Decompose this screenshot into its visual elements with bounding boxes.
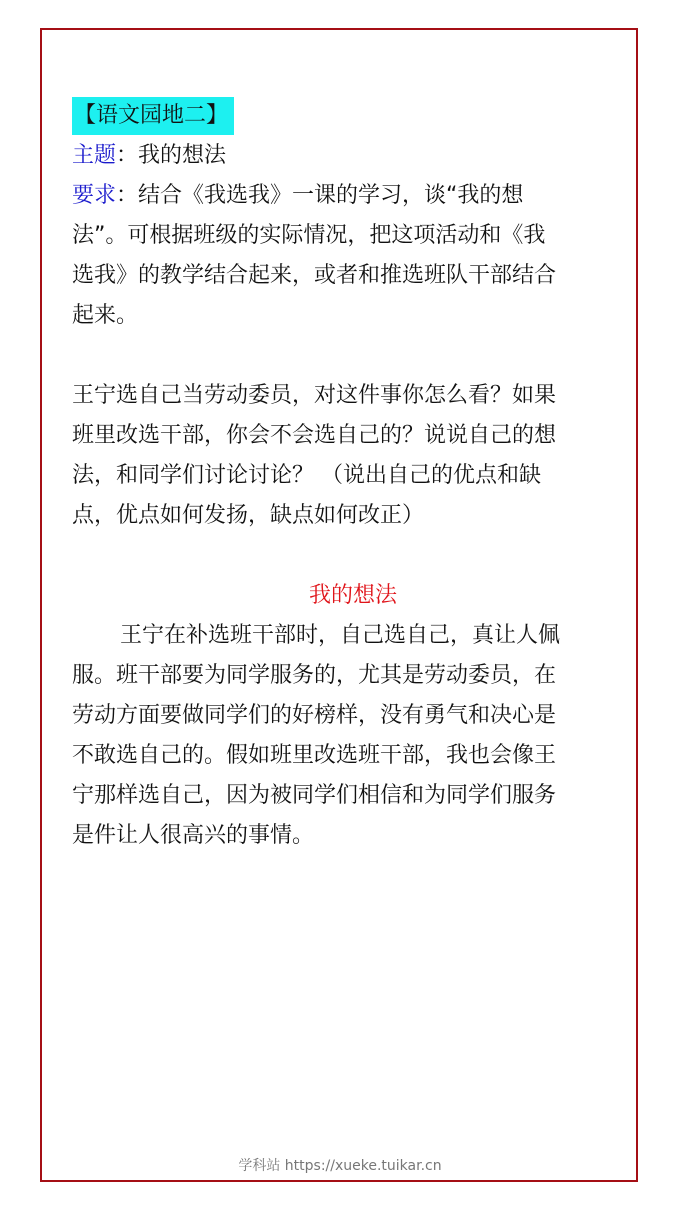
essay-line: 王宁在补选班干部时，自己选自己，真让人佩 — [72, 616, 604, 656]
requirement-line: 选我》的教学结合起来，或者和推选班队干部结合 — [72, 256, 604, 296]
essay-line: 劳动方面要做同学们的好榜样，没有勇气和决心是 — [72, 696, 604, 736]
topic-sep: ： — [116, 143, 138, 168]
topic-value: 我的想法 — [138, 143, 226, 168]
topic-label: 主题 — [72, 143, 116, 168]
requirement-line: 法”。可根据班级的实际情况，把这项活动和《我 — [72, 216, 604, 256]
requirement-line: 结合《我选我》一课的学习，谈“我的想 — [138, 183, 523, 208]
essay-title: 我的想法 — [72, 576, 604, 616]
document-body: 【语文园地二】 主题：我的想法 要求：结合《我选我》一课的学习，谈“我的想 法”… — [72, 96, 604, 856]
section-title: 【语文园地二】 — [72, 97, 234, 135]
essay-line: 服。班干部要为同学服务的，尤其是劳动委员，在 — [72, 656, 604, 696]
requirement-line: 起来。 — [72, 296, 604, 336]
footer-watermark: 学科站 https://xueke.tuikar.cn — [0, 1155, 680, 1175]
prompt-line: 王宁选自己当劳动委员，对这件事你怎么看？如果 — [72, 376, 604, 416]
topic-row: 主题：我的想法 — [72, 136, 604, 176]
section-title-row: 【语文园地二】 — [72, 96, 604, 136]
prompt-block: 王宁选自己当劳动委员，对这件事你怎么看？如果 班里改选干部，你会不会选自己的？说… — [72, 376, 604, 536]
essay-body: 王宁在补选班干部时，自己选自己，真让人佩 服。班干部要为同学服务的，尤其是劳动委… — [72, 616, 604, 856]
prompt-line: 班里改选干部，你会不会选自己的？说说自己的想 — [72, 416, 604, 456]
prompt-line: 点，优点如何发扬，缺点如何改正） — [72, 496, 604, 536]
requirement-label: 要求 — [72, 183, 116, 208]
requirement-sep: ： — [116, 183, 138, 208]
requirement-block: 要求：结合《我选我》一课的学习，谈“我的想 法”。可根据班级的实际情况，把这项活… — [72, 176, 604, 336]
essay-line: 不敢选自己的。假如班里改选班干部，我也会像王 — [72, 736, 604, 776]
essay-line: 是件让人很高兴的事情。 — [72, 816, 604, 856]
essay-line: 宁那样选自己，因为被同学们相信和为同学们服务 — [72, 776, 604, 816]
prompt-line: 法，和同学们讨论讨论？ （说出自己的优点和缺 — [72, 456, 604, 496]
